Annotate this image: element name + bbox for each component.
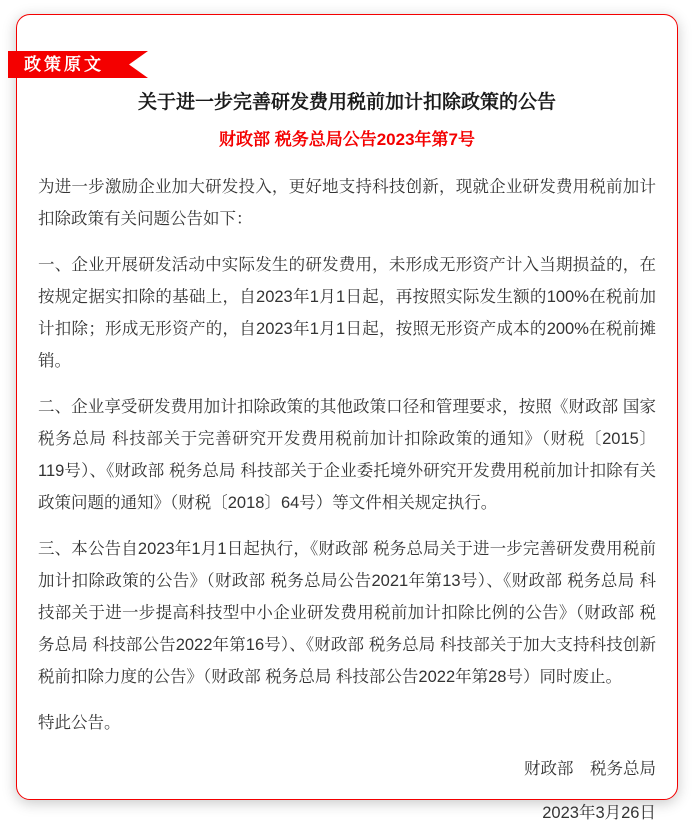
- paragraph-article-1: 一、企业开展研发活动中实际发生的研发费用，未形成无形资产计入当期损益的，在按规定…: [38, 249, 656, 377]
- document-number-subtitle: 财政部 税务总局公告2023年第7号: [38, 128, 656, 152]
- page: 政策原文 关于进一步完善研发费用税前加计扣除政策的公告 财政部 税务总局公告20…: [0, 0, 694, 822]
- paragraph-article-3: 三、本公告自2023年1月1日起执行，《财政部 税务总局关于进一步完善研发费用税…: [38, 533, 656, 693]
- policy-ribbon-badge: 政策原文: [8, 51, 148, 78]
- document-body: 为进一步激励企业加大研发投入，更好地支持科技创新，现就企业研发费用税前加计扣除政…: [38, 171, 656, 739]
- issue-date: 2023年3月26日: [38, 798, 656, 822]
- policy-document-card: 关于进一步完善研发费用税前加计扣除政策的公告 财政部 税务总局公告2023年第7…: [16, 14, 678, 800]
- paragraph-article-2: 二、企业享受研发费用加计扣除政策的其他政策口径和管理要求，按照《财政部 国家税务…: [38, 391, 656, 519]
- signature-block: 财政部 税务总局 2023年3月26日: [38, 754, 656, 822]
- paragraph-closing: 特此公告。: [38, 707, 656, 739]
- issuing-authorities: 财政部 税务总局: [38, 754, 656, 784]
- paragraph-intro: 为进一步激励企业加大研发投入，更好地支持科技创新，现就企业研发费用税前加计扣除政…: [38, 171, 656, 235]
